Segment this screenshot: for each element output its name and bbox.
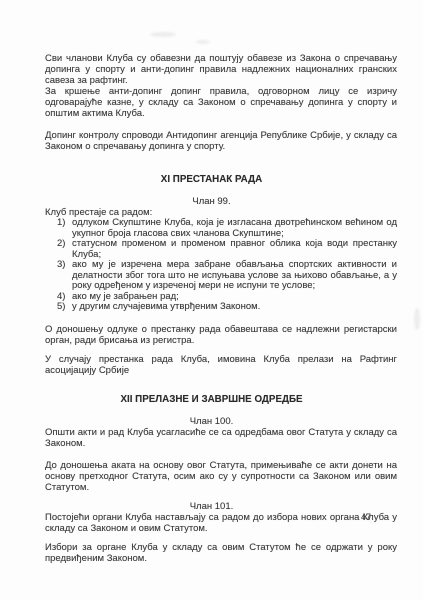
paragraph-doping-control: Допинг контролу спроводи Антидопинг аген… [45,130,397,152]
spacer [45,534,397,542]
document-body: Сви чланови Клуба су обавезни да поштују… [45,53,397,564]
list-item: одлуком Скупштине Клуба, која је изгласа… [72,218,397,239]
scan-artifact [414,308,420,330]
document-page: Сви чланови Клуба су обавезни да поштују… [0,0,423,600]
spacer [45,405,397,416]
termination-reasons-list: одлуком Скупштине Клуба, која је изгласа… [45,218,397,313]
spacer [45,119,397,130]
list-item: у другим случајевима утврђеним Законом. [72,302,397,313]
spacer [45,493,397,501]
paragraph-assets-transfer: У случају престанка рада Клуба, имовина … [45,354,397,376]
paragraph-previous-statute-acts: До доношења аката на основу овог Статута… [45,460,397,493]
spacer [45,313,397,324]
list-item: статусном променом и променом правног об… [72,239,397,260]
spacer [45,152,397,174]
spacer [45,449,397,460]
section-heading-xi-termination: XI ПРЕСТАНАК РАДА [45,174,378,185]
article-101-title: Члан 101. [45,501,378,512]
scan-artifact [196,40,210,44]
paragraph-registry-notification: О доношењу одлуке о престанку рада обаве… [45,324,397,346]
section-heading-xii-final-provisions: XII ПРЕЛАЗНЕ И ЗАВРШНЕ ОДРЕДБЕ [45,394,378,405]
scan-artifact [150,32,176,37]
spacer [45,376,397,394]
paragraph-elections: Избори за органе Клуба у складу са овим … [45,542,397,564]
spacer [45,185,397,196]
paragraph-acts-harmonization: Општи акти и рад Клуба усагласиће се са … [45,427,397,449]
article-100-title: Члан 100. [45,416,378,427]
spacer [45,346,397,354]
paragraph-existing-organs: Постојећи органи Клуба настављају са рад… [45,512,397,534]
list-item: ако му је изречена мера забране обављања… [72,260,397,292]
paragraph-doping-penalties: За кршење анти-допинг допинг правила, од… [45,86,397,119]
page-number: 47 [361,512,371,522]
paragraph-doping-obligations: Сви чланови Клуба су обавезни да поштују… [45,53,397,86]
article-99-title: Члан 99. [45,196,378,207]
